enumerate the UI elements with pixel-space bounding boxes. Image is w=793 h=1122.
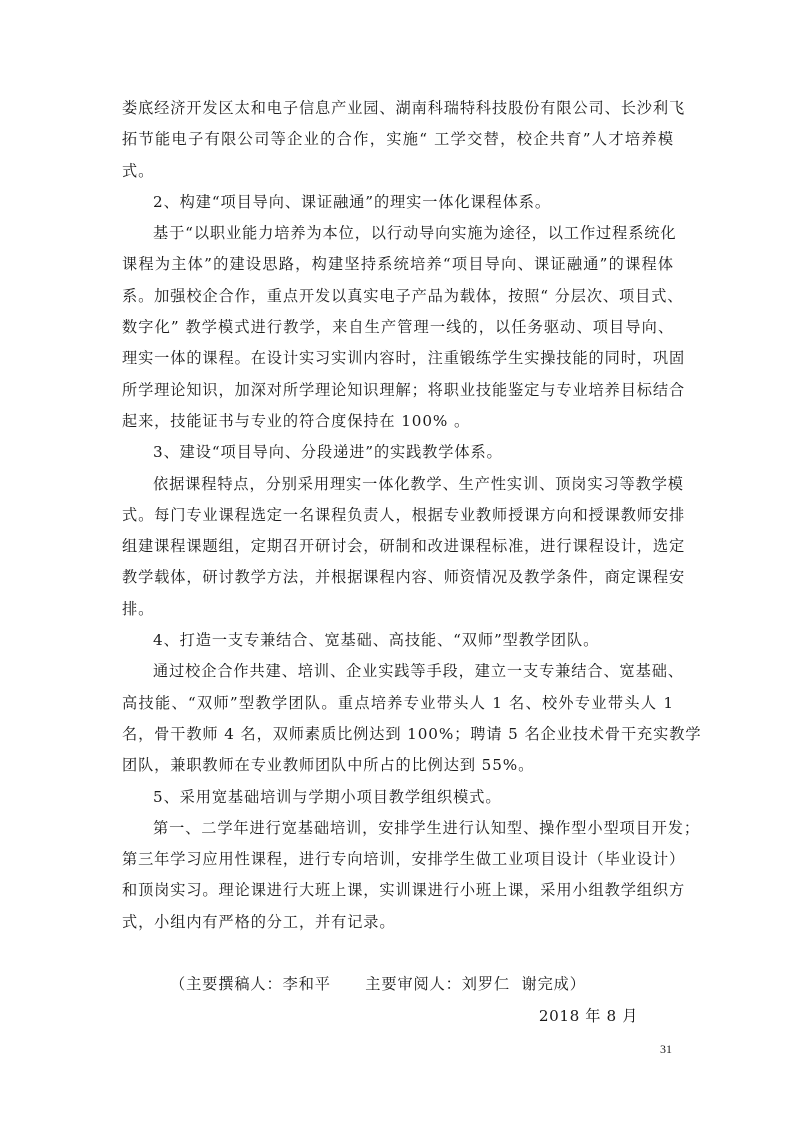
paragraph-line: 拓节能电子有限公司等企业的合作，实施“ 工学交替，校企共育”人才培养模 — [122, 124, 674, 155]
section-heading-5: 5、采用宽基础培训与学期小项目教学组织模式。 — [122, 782, 674, 813]
paragraph-line: 通过校企合作共建、培训、企业实践等手段，建立一支专兼结合、宽基础、 — [122, 656, 674, 687]
paragraph-line: 教学载体，研讨教学方法，并根据课程内容、师资情况及教学条件，商定课程安 — [122, 562, 674, 593]
paragraph-line: 数字化” 教学模式进行教学，来自生产管理一线的，以任务驱动、项目导向、 — [122, 312, 674, 343]
paragraph-line: 名，骨干教师 4 名，双师素质比例达到 100%；聘请 5 名企业技术骨干充实教… — [122, 719, 674, 750]
paragraph-line: 式。每门专业课程选定一名课程负责人，根据专业教师授课方向和授课教师安排 — [122, 500, 674, 531]
paragraph-line: 组建课程课题组，定期召开研讨会，研制和改进课程标准，进行课程设计，选定 — [122, 531, 674, 562]
section-heading-4: 4、打造一支专兼结合、宽基础、高技能、“双师”型教学团队。 — [122, 625, 674, 656]
paragraph-line: 第一、二学年进行宽基础培训，安排学生进行认知型、操作型小型项目开发； — [122, 813, 674, 844]
paragraph-line: 团队，兼职教师在专业教师团队中所占的比例达到 55%。 — [122, 750, 674, 781]
section-heading-3: 3、建设“项目导向、分段递进”的实践教学体系。 — [122, 437, 674, 468]
paragraph-line: 高技能、“双师”型教学团队。重点培养专业带头人 1 名、校外专业带头人 1 — [122, 688, 674, 719]
paragraph-line: 和顶岗实习。理论课进行大班上课，实训课进行小班上课，采用小组教学组织方 — [122, 875, 674, 906]
paragraph-line: 所学理论知识，加深对所学理论知识理解；将职业技能鉴定与专业培养目标结合 — [122, 375, 674, 406]
paragraph-line: 排。 — [122, 594, 674, 625]
paragraph-line: 娄底经济开发区太和电子信息产业园、湖南科瑞特科技股份有限公司、长沙利飞 — [122, 93, 674, 124]
paragraph-line: 基于“以职业能力培养为本位，以行动导向实施为途径，以工作过程系统化 — [122, 218, 674, 249]
paragraph-line: 起来，技能证书与专业的符合度保持在 100% 。 — [122, 406, 674, 437]
authors-credit: （主要撰稿人：李和平 主要审阅人：刘罗仁 谢完成） — [122, 969, 674, 1000]
paragraph-line: 第三年学习应用性课程，进行专向培训，安排学生做工业项目设计（毕业设计） — [122, 844, 674, 875]
blank-spacer — [122, 938, 674, 969]
paragraph-line: 理实一体的课程。在设计实习实训内容时，注重锻练学生实操技能的同时，巩固 — [122, 343, 674, 374]
paragraph-line: 式。 — [122, 156, 674, 187]
paragraph-line: 依据课程特点，分别采用理实一体化教学、生产性实训、顶岗实习等教学模 — [122, 469, 674, 500]
paragraph-line: 式，小组内有严格的分工，并有记录。 — [122, 907, 674, 938]
document-date: 2018 年 8 月 — [122, 1001, 674, 1032]
section-heading-2: 2、构建“项目导向、课证融通”的理实一体化课程体系。 — [122, 187, 674, 218]
paragraph-line: 课程为主体”的建设思路，构建坚持系统培养“项目导向、课证融通”的课程体 — [122, 249, 674, 280]
page-number: 31 — [660, 1042, 672, 1057]
paragraph-line: 系。加强校企合作，重点开发以真实电子产品为载体，按照“ 分层次、项目式、 — [122, 281, 674, 312]
document-page: 娄底经济开发区太和电子信息产业园、湖南科瑞特科技股份有限公司、长沙利飞 拓节能电… — [122, 93, 674, 1032]
